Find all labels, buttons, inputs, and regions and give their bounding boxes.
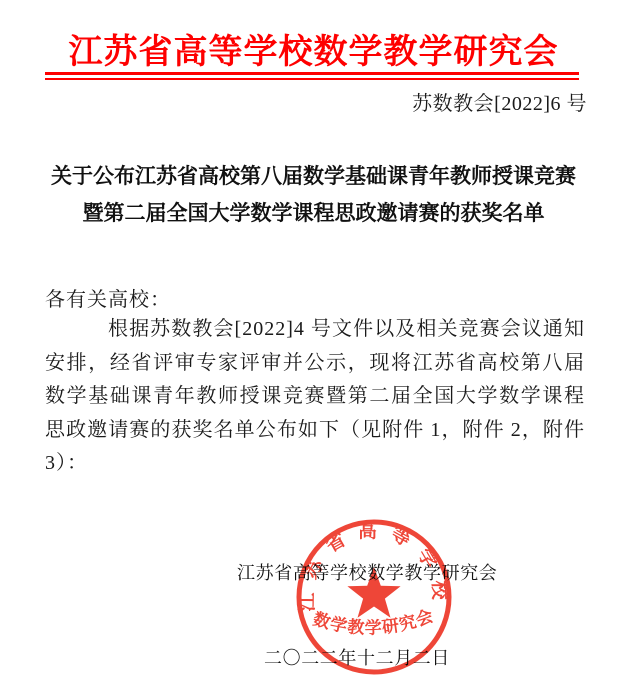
- document-title-line2: 暨第二届全国大学数学课程思政邀请赛的获奖名单: [30, 195, 597, 232]
- seal-bottom-text: 数学教学研究会: [311, 605, 437, 638]
- letterhead-rule-thin: [45, 78, 579, 80]
- star-icon: [347, 567, 400, 618]
- official-document-page: 江苏省高等学校数学教学研究会 苏数教会[2022]6 号 关于公布江苏省高校第八…: [0, 0, 627, 692]
- document-title-line1: 关于公布江苏省高校第八届数学基础课青年教师授课竞赛: [30, 158, 597, 195]
- body-paragraph: 根据苏数教会[2022]4 号文件以及相关竞赛会议通知安排，经省评审专家评审并公…: [45, 313, 585, 481]
- document-number: 苏数教会[2022]6 号: [412, 87, 587, 116]
- document-title: 关于公布江苏省高校第八届数学基础课青年教师授课竞赛 暨第二届全国大学数学课程思政…: [30, 158, 597, 232]
- salutation: 各有关高校：: [45, 283, 171, 312]
- letterhead-rule-thick: [45, 72, 579, 75]
- letterhead-org-name: 江苏省高等学校数学教学研究会: [0, 24, 627, 73]
- official-seal: 江苏省高等学校 数学教学研究会: [291, 516, 457, 678]
